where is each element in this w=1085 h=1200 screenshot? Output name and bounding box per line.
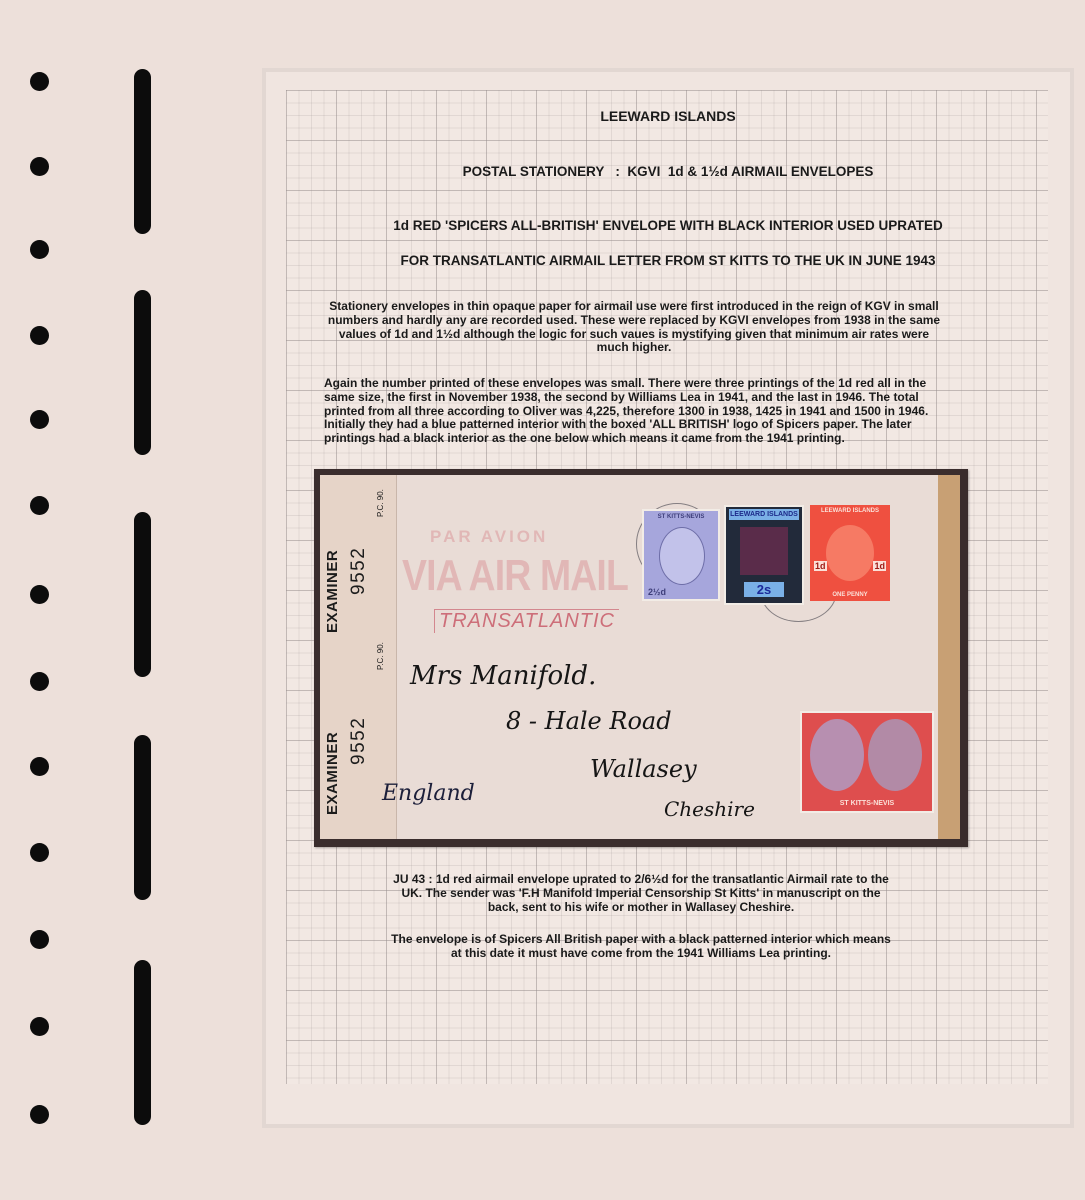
binder-hole	[30, 496, 49, 515]
stamp-value: 2½d	[644, 587, 718, 597]
stamp-value: 2s	[744, 582, 784, 597]
via-air-mail-cachet: VIA AIR MAIL	[402, 551, 628, 601]
binder-slot	[134, 290, 151, 455]
address-line-name: Mrs Manifold.	[410, 661, 596, 691]
binder-hole	[30, 240, 49, 259]
censor-form-top: P.C. 90.	[376, 489, 385, 517]
binder-hole	[30, 410, 49, 429]
address-country: England	[382, 781, 475, 806]
censor-number-bottom: 9552	[348, 717, 370, 765]
binder-hole	[30, 326, 49, 345]
king-portrait	[810, 719, 864, 791]
binder-hole	[30, 72, 49, 91]
censor-number-top: 9552	[348, 547, 370, 595]
album-page: LEEWARD ISLANDS POSTAL STATIONERY : KGVI…	[262, 68, 1074, 1128]
censor-examiner-label-bottom: EXAMINER	[324, 732, 341, 815]
binder-slot	[134, 69, 151, 234]
stamp-country: LEEWARD ISLANDS	[729, 509, 799, 520]
binder-hole	[30, 672, 49, 691]
printing-paragraph: Again the number printed of these envelo…	[324, 377, 944, 446]
binder-hole	[30, 157, 49, 176]
heading-line-1: 1d RED 'SPICERS ALL-BRITISH' ENVELOPE WI…	[266, 218, 1070, 233]
binder-slot	[134, 512, 151, 677]
stamp-caption: ONE PENNY	[810, 592, 890, 598]
binder-hole	[30, 843, 49, 862]
stamp-country: LEEWARD ISLANDS	[810, 508, 890, 514]
binder-hole	[30, 757, 49, 776]
address-line-street: 8 - Hale Road	[506, 707, 672, 735]
stamp-country: ST KITTS-NEVIS	[802, 800, 932, 807]
heading-line-2: FOR TRANSATLANTIC AIRMAIL LETTER FROM ST…	[266, 253, 1070, 268]
paper-note: The envelope is of Spicers All British p…	[386, 932, 896, 960]
stamp-st-kitts-3d: ST KITTS-NEVIS	[802, 713, 932, 811]
transatlantic-cachet: TRANSATLANTIC	[434, 609, 619, 633]
address-line-county: Cheshire	[664, 797, 755, 821]
stamp-value: 1d	[873, 561, 886, 571]
par-avion-cachet: PAR AVION	[430, 527, 548, 547]
page-subtitle: POSTAL STATIONERY : KGVI 1d & 1½d AIRMAI…	[266, 164, 1070, 179]
binder-slot	[134, 960, 151, 1125]
intro-paragraph: Stationery envelopes in thin opaque pape…	[324, 300, 944, 355]
king-portrait	[826, 525, 874, 581]
page-title: LEEWARD ISLANDS	[266, 108, 1070, 124]
binder-hole	[30, 1105, 49, 1124]
binder-hole	[30, 1017, 49, 1036]
censor-form-middle: P.C. 90.	[376, 642, 385, 670]
binder-slot	[134, 735, 151, 900]
indicium-leeward-1d: LEEWARD ISLANDS 1d 1d ONE PENNY	[810, 505, 890, 601]
stamp-st-kitts-2half-d: ST KITTS-NEVIS 2½d	[644, 511, 718, 599]
envelope-mount: EXAMINER 9552 P.C. 90. P.C. 90. EXAMINER…	[314, 469, 968, 847]
address-line-town: Wallasey	[590, 755, 697, 783]
king-portrait	[659, 527, 705, 585]
king-portrait	[740, 527, 788, 575]
stamp-value: 1d	[814, 561, 827, 571]
cover-caption: JU 43 : 1d red airmail envelope uprated …	[386, 872, 896, 914]
stamp-leeward-2s: LEEWARD ISLANDS 2s	[726, 507, 802, 603]
stamp-country: ST KITTS-NEVIS	[644, 514, 718, 520]
binder-hole	[30, 585, 49, 604]
censor-examiner-label-top: EXAMINER	[324, 550, 341, 633]
columbus-vignette	[868, 719, 922, 791]
envelope-flap-edge	[938, 475, 960, 839]
airmail-envelope: EXAMINER 9552 P.C. 90. P.C. 90. EXAMINER…	[320, 475, 960, 839]
binder-hole	[30, 930, 49, 949]
